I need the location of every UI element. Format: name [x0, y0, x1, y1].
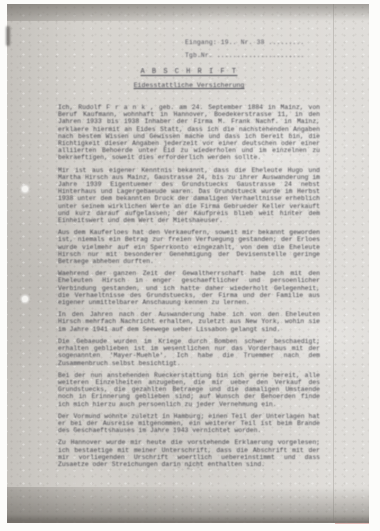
- page-crease: [333, 4, 334, 523]
- registry-line-tgb-nr: Tgb.Nr. ......................: [185, 49, 304, 62]
- punch-hole: [22, 186, 28, 192]
- document-title: A B S C H R I F T: [58, 68, 320, 76]
- registry-stamp: Eingang: 19.. Nr. 38 ......... Tgb.Nr. .…: [185, 36, 304, 62]
- punch-hole: [22, 296, 28, 302]
- paragraph: Ich, Rudolf F r a n k , geb. am 24. Sept…: [58, 104, 320, 162]
- edge-speck: [6, 26, 10, 46]
- document-body: Ich, Rudolf F r a n k , geb. am 24. Sept…: [58, 104, 320, 473]
- paragraph: Bei der nun anstehenden Rueckerstattung …: [58, 372, 320, 408]
- scanned-page: Eingang: 19.. Nr. 38 ......... Tgb.Nr. .…: [7, 4, 369, 523]
- paragraph: Waehrend der ganzen Zeit der Gewaltherrs…: [58, 270, 320, 306]
- paragraph: Mir ist aus eigener Kenntnis bekannt, da…: [58, 167, 320, 225]
- paragraph: Die Gebaeude wurden im Kriege durch Bomb…: [58, 338, 320, 367]
- page-number: - 2 -: [58, 464, 320, 471]
- document-content: Eingang: 19.. Nr. 38 ......... Tgb.Nr. .…: [58, 32, 320, 502]
- bottom-edge-mark: [335, 523, 369, 524]
- registry-line-eingang: Eingang: 19.. Nr. 38 .........: [185, 36, 304, 49]
- document-subtitle: Eidesstattliche Versicherung: [58, 82, 320, 89]
- scanner-background: Eingang: 19.. Nr. 38 ......... Tgb.Nr. .…: [0, 0, 380, 531]
- scan-top-shadow: [7, 4, 369, 21]
- paragraph: In den Jahren nach der Auswanderung habe…: [58, 311, 320, 333]
- paragraph: Der Vormund wohnte zuletzt in Hamburg; e…: [58, 413, 320, 435]
- paragraph: Aus dem Kauferloes hat den Verkaeufern, …: [58, 229, 320, 265]
